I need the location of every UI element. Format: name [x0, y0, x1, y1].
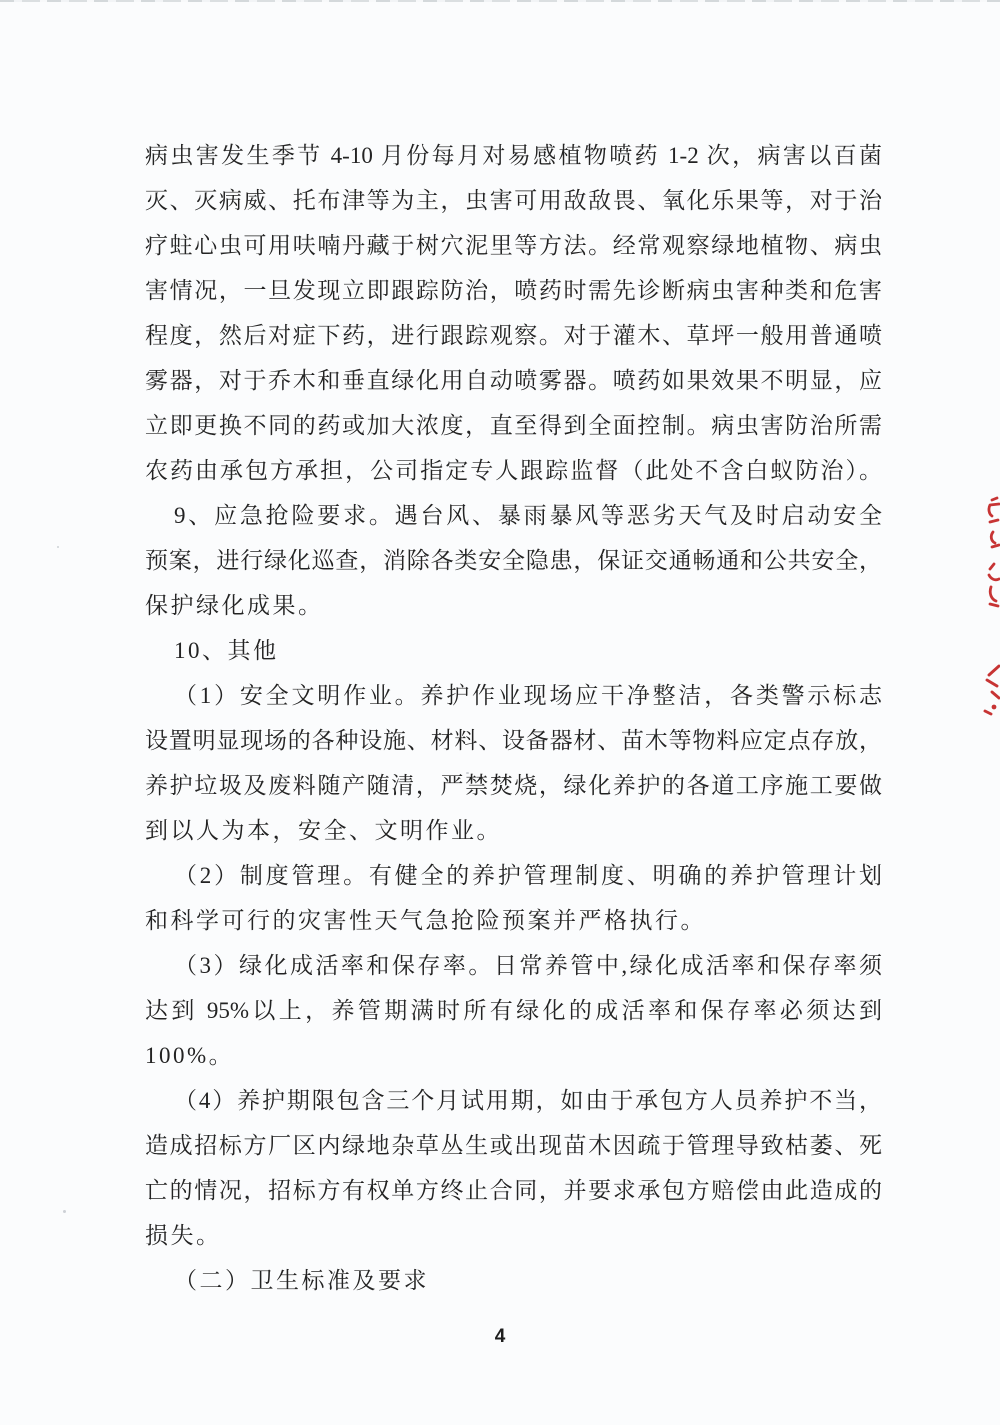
text-line: 到以人为本，安全、文明作业。: [145, 808, 882, 853]
text-line: 害情况，一旦发现立即跟踪防治，喷药时需先诊断病虫害种类和危害: [145, 268, 882, 313]
text-line: 疗蛀心虫可用呋喃丹藏于树穴泥里等方法。经常观察绿地植物、病虫: [145, 223, 882, 268]
scan-speck: [57, 546, 59, 548]
text-line: 保护绿化成果。: [145, 583, 882, 628]
document-page: 病虫害发生季节 4-10 月份每月对易感植物喷药 1-2 次，病害以百菌灭、灭病…: [0, 0, 1000, 1425]
text-line: 和科学可行的灾害性天气急抢险预案并严格执行。: [145, 898, 882, 943]
text-line: 100%。: [145, 1033, 882, 1078]
text-line: 养护垃圾及废料随产随清，严禁焚烧，绿化养护的各道工序施工要做: [145, 763, 882, 808]
page-number: 4: [0, 1326, 1000, 1348]
text-line: （2）制度管理。有健全的养护管理制度、明确的养护管理计划: [145, 853, 882, 898]
text-line: 亡的情况，招标方有权单方终止合同，并要求承包方赔偿由此造成的: [145, 1168, 882, 1213]
text-line: （3）绿化成活率和保存率。日常养管中,绿化成活率和保存率须: [145, 943, 882, 988]
body-text: 病虫害发生季节 4-10 月份每月对易感植物喷药 1-2 次，病害以百菌灭、灭病…: [145, 133, 882, 1303]
text-line: （4）养护期限包含三个月试用期，如由于承包方人员养护不当，: [145, 1078, 882, 1123]
text-line: 雾器，对于乔木和垂直绿化用自动喷雾器。喷药如果效果不明显，应: [145, 358, 882, 403]
text-line: 农药由承包方承担，公司指定专人跟踪监督（此处不含白蚁防治）。: [145, 448, 882, 493]
text-line: 预案，进行绿化巡查，消除各类安全隐患，保证交通畅通和公共安全，: [145, 538, 882, 583]
text-line: 立即更换不同的药或加大浓度，直至得到全面控制。病虫害防治所需: [145, 403, 882, 448]
text-line: 9、应急抢险要求。遇台风、暴雨暴风等恶劣天气及时启动安全: [145, 493, 882, 538]
text-line: 达到 95%以上，养管期满时所有绿化的成活率和保存率必须达到: [145, 988, 882, 1033]
text-line: 造成招标方厂区内绿地杂草丛生或出现苗木因疏于管理导致枯萎、死: [145, 1123, 882, 1168]
scan-speck: [63, 1210, 66, 1213]
text-line: （二）卫生标准及要求: [145, 1258, 882, 1303]
red-ink-mark: [989, 498, 999, 547]
text-line: 灭、灭病威、托布津等为主，虫害可用敌敌畏、氧化乐果等，对于治: [145, 178, 882, 223]
red-ink-mark: [985, 666, 999, 714]
scan-edge-artifact: [0, 0, 1000, 2]
text-line: 程度，然后对症下药，进行跟踪观察。对于灌木、草坪一般用普通喷: [145, 313, 882, 358]
text-line: 10、其他: [145, 628, 882, 673]
text-line: 病虫害发生季节 4-10 月份每月对易感植物喷药 1-2 次，病害以百菌: [145, 133, 882, 178]
red-ink-marks: [980, 490, 1000, 730]
text-line: 损失。: [145, 1213, 882, 1258]
red-ink-mark: [989, 564, 999, 606]
text-line: 设置明显现场的各种设施、材料、设备器材、苗木等物料应定点存放，: [145, 718, 882, 763]
text-line: （1）安全文明作业。养护作业现场应干净整洁，各类警示标志: [145, 673, 882, 718]
